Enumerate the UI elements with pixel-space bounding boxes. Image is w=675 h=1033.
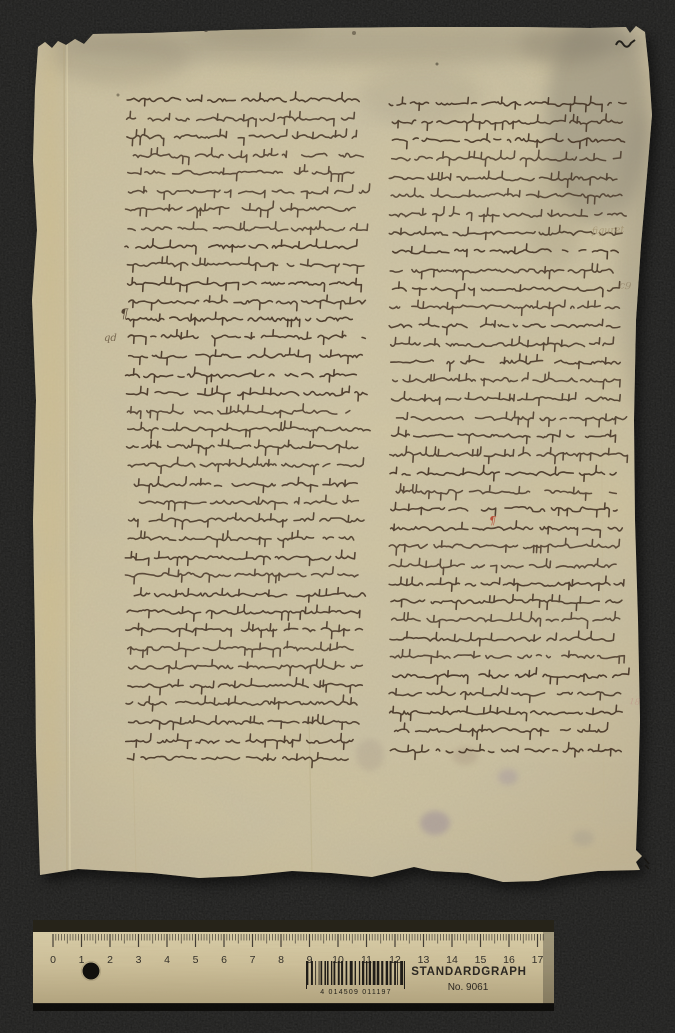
stain [572,830,594,846]
barcode-bar [377,961,380,985]
barcode-bar [400,961,403,985]
barcode-bar [324,961,326,985]
ruler-cm-label: 4 [164,954,170,966]
barcode-bar [381,961,383,985]
barcode-bar [373,961,376,985]
barcode-bar [311,961,313,985]
stain [352,31,356,35]
barcode-bar [321,961,323,985]
barcode-bar [315,961,316,985]
barcode-bar [350,961,353,985]
stain [420,811,450,835]
barcode-guard-bar [306,961,307,989]
ruler-cm-label: 3 [136,954,142,966]
barcode-bar [331,961,332,985]
ruler-cm-label: 16 [503,954,515,966]
ruler-cm-label: 0 [50,954,56,966]
barcode-bar [366,961,367,985]
folio-mark: 18 [629,697,641,708]
ruler-hole [83,963,100,980]
barcode-bar [390,961,392,985]
stain [452,747,478,765]
barcode-guard-bar [404,961,405,989]
barcode-bar [369,961,371,985]
barcode-bar [346,961,348,985]
stain [520,25,610,65]
barcode-bar [362,961,364,985]
marginal-mark-c9: c9 [619,280,633,293]
barcode-bar [359,961,360,985]
paragraph-mark-ink: ¶ [120,307,129,322]
ruler-bottom-shadow [33,1003,554,1011]
barcode-bar [386,961,388,985]
barcode-bar [307,961,308,985]
ruler-top-edge [33,920,554,934]
ruler-cm-label: 6 [221,954,227,966]
stain [34,30,66,830]
ruler-cm-label: 14 [446,954,458,966]
ruler-cm-label: 5 [193,954,199,966]
ruler-barcode-digits: 4 014509 011197 [320,989,391,996]
barcode-bar [319,961,320,985]
paragraph-mark-red: ¶ [489,514,497,527]
photo-stage: ¶ ¶ qd figuret c9 18 0123456789101112131… [0,0,675,1033]
stain [356,739,384,771]
barcode-bar [334,961,336,985]
ruler-model: No. 9061 [448,982,489,993]
ruler-brand: STANDARDGRAPH [411,966,527,978]
ruler-barcode [306,961,405,989]
barcode-bar [394,961,396,985]
ruler-cm-label: 8 [278,954,284,966]
ruler-cm-label: 15 [475,954,487,966]
barcode-bar [397,961,398,985]
barcode-bar [327,961,329,985]
ruler-cm-label: 2 [107,954,113,966]
parchment-page: ¶ ¶ qd figuret c9 18 [20,13,665,895]
barcode-bar [341,961,343,985]
stain [498,769,518,785]
ruler-right-shade [543,932,554,1004]
barcode-bar [355,961,356,985]
ruler-cm-label: 7 [250,954,256,966]
stain [436,63,439,66]
ruler: 01234567891011121314151617 4 014509 0111… [33,920,554,1011]
stain [117,94,120,97]
barcode-bar [338,961,340,985]
ruler-cm-label: 13 [418,954,430,966]
ruler-cm-label: 17 [532,954,544,966]
marginal-note-left: qd [104,333,117,344]
marginal-note-right: figuret [591,224,625,237]
stain [360,65,480,125]
